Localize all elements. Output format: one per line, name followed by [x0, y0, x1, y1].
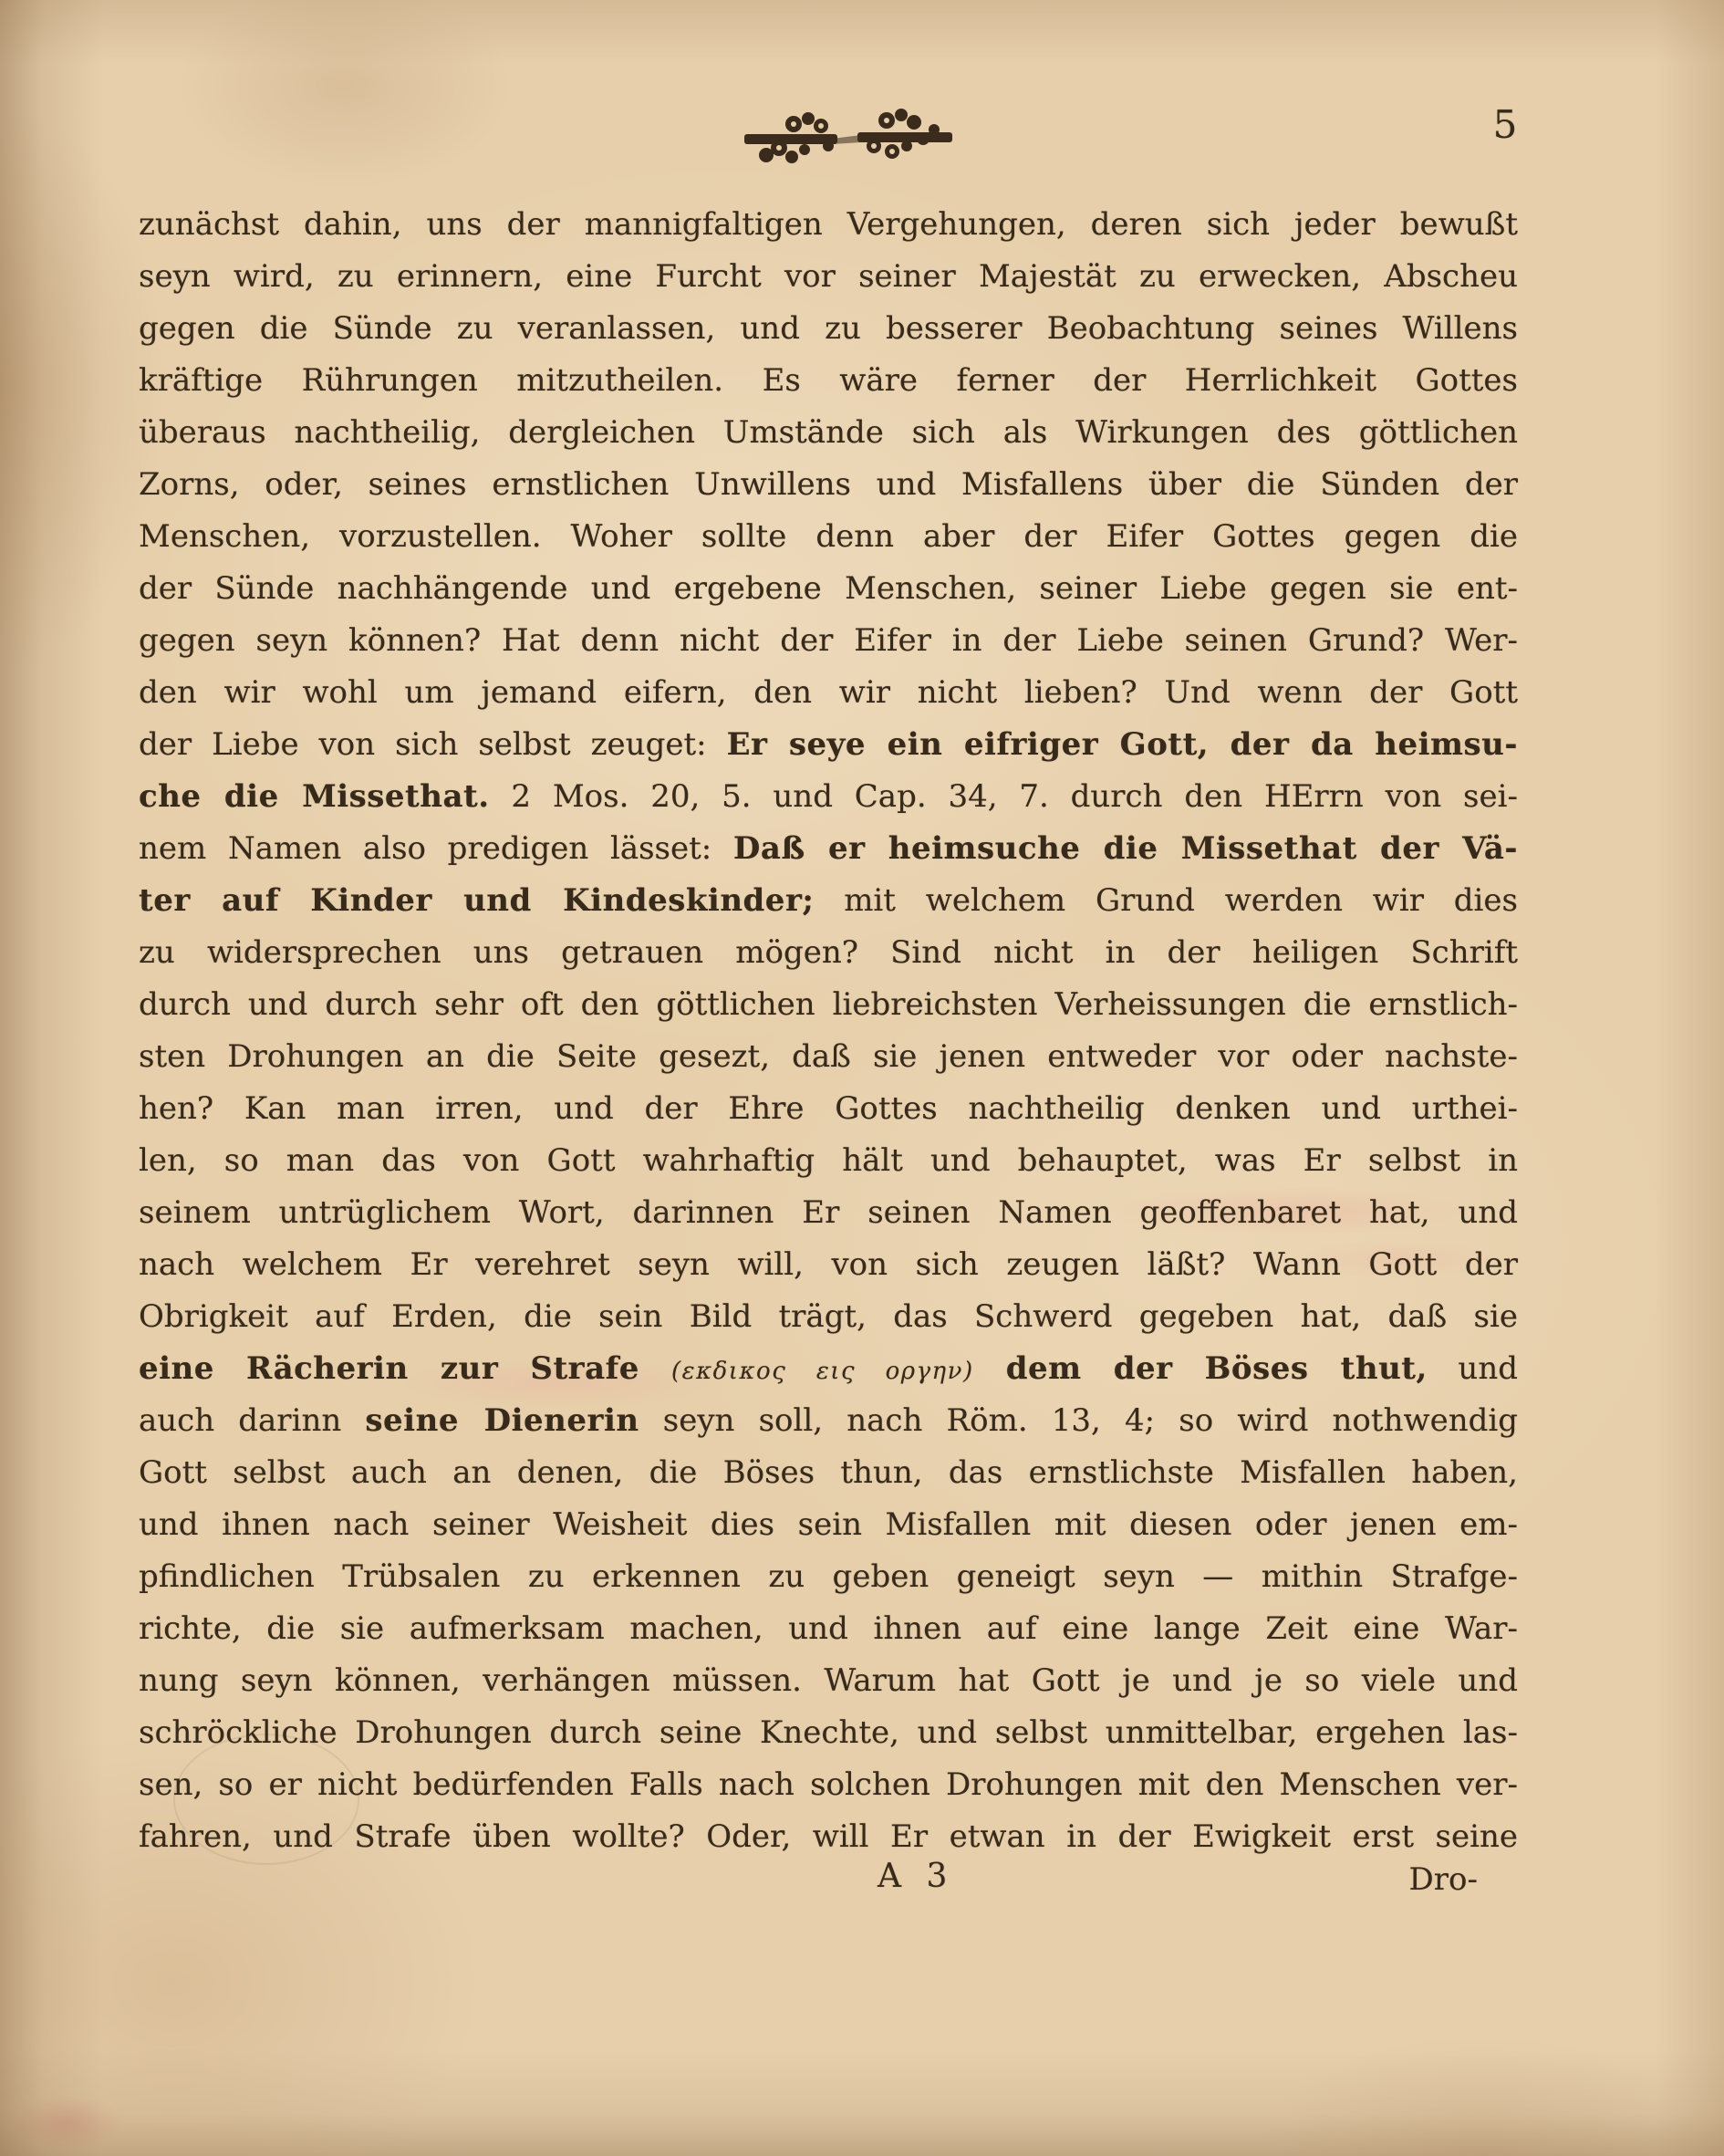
emphasized-text: Daß er heimsuche die Missethat der Vä- [733, 830, 1518, 867]
text-line: Obrigkeit auf Erden, die sein Bild trägt… [139, 1291, 1518, 1343]
text-line: eine Rächerin zur Strafe (εκδικος εις ορ… [139, 1343, 1518, 1395]
body-text: mit welchem Grund werden wir dies [814, 882, 1518, 919]
body-text: überaus nachtheilig, dergleichen Umständ… [139, 414, 1518, 451]
body-text: sten Drohungen an die Seite gesezt, daß … [139, 1038, 1518, 1075]
text-line: der Liebe von sich selbst zeuget: Er sey… [139, 719, 1518, 771]
text-line: sen, so er nicht bedürfenden Falls nach … [139, 1759, 1518, 1811]
body-text: zu widersprechen uns getrauen mögen? Sin… [139, 934, 1518, 971]
text-line: Gott selbst auch an denen, die Böses thu… [139, 1447, 1518, 1499]
text-line: kräftige Rührungen mitzutheilen. Es wäre… [139, 355, 1518, 407]
text-line: Zorns, oder, seines ernstlichen Unwillen… [139, 459, 1518, 511]
body-text: nem Namen also predigen lässet: [139, 830, 733, 867]
text-line: seyn wird, zu erinnern, eine Furcht vor … [139, 251, 1518, 303]
body-text: nach welchem Er verehret seyn will, von … [139, 1246, 1518, 1283]
text-line: ter auf Kinder und Kindeskinder; mit wel… [139, 875, 1518, 927]
emphasized-text: ter auf Kinder und Kindeskinder; [139, 882, 814, 919]
text-block: zunächst dahin, uns der mannigfaltigen V… [139, 199, 1518, 1863]
body-text: auch darinn [139, 1402, 365, 1439]
emphasized-text: che die Missethat. [139, 778, 490, 815]
emphasized-text: eine Rächerin zur Strafe [139, 1350, 671, 1387]
text-line: hen? Kan man irren, und der Ehre Gottes … [139, 1083, 1518, 1135]
body-text: Obrigkeit auf Erden, die sein Bild trägt… [139, 1298, 1518, 1335]
text-line: nach welchem Er verehret seyn will, von … [139, 1239, 1518, 1291]
text-line: fahren, und Strafe üben wollte? Oder, wi… [139, 1811, 1518, 1863]
body-text: len, so man das von Gott wahrhaftig hält… [139, 1142, 1518, 1179]
text-line: und ihnen nach seiner Weisheit dies sein… [139, 1499, 1518, 1551]
text-line: gegen seyn können? Hat denn nicht der Ei… [139, 615, 1518, 667]
emphasized-text: Er seye ein eifriger Gott, der da heimsu… [727, 726, 1518, 763]
body-text: richte, die sie aufmerksam machen, und i… [139, 1610, 1518, 1647]
greek-citation: (εκδικος εις οργην) [671, 1358, 974, 1385]
body-text: pfindlichen Trübsalen zu erkennen zu geb… [139, 1558, 1518, 1595]
text-line: den wir wohl um jemand eifern, den wir n… [139, 667, 1518, 719]
body-text: fahren, und Strafe üben wollte? Oder, wi… [139, 1818, 1518, 1855]
text-line: zu widersprechen uns getrauen mögen? Sin… [139, 927, 1518, 979]
emphasized-text: dem der Böses thut, [974, 1350, 1428, 1387]
body-text: schröckliche Drohungen durch seine Knech… [139, 1714, 1518, 1751]
text-line: schröckliche Drohungen durch seine Knech… [139, 1707, 1518, 1759]
body-text: der Liebe von sich selbst zeuget: [139, 726, 727, 763]
text-line: pfindlichen Trübsalen zu erkennen zu geb… [139, 1551, 1518, 1603]
body-text: gegen die Sünde zu veranlassen, und zu b… [139, 310, 1518, 347]
text-line: che die Missethat. 2 Mos. 20, 5. und Cap… [139, 771, 1518, 823]
text-line: überaus nachtheilig, dergleichen Umständ… [139, 407, 1518, 459]
body-text: kräftige Rührungen mitzutheilen. Es wäre… [139, 362, 1518, 399]
body-text: Menschen, vorzustellen. Woher sollte den… [139, 518, 1518, 555]
text-line: richte, die sie aufmerksam machen, und i… [139, 1603, 1518, 1655]
body-text: und [1428, 1350, 1518, 1387]
body-text: nung seyn können, verhängen müssen. Waru… [139, 1662, 1518, 1699]
body-text: seyn soll, nach Röm. 13, 4; so wird noth… [639, 1402, 1518, 1439]
text-line: nung seyn können, verhängen müssen. Waru… [139, 1655, 1518, 1707]
text-line: auch darinn seine Dienerin seyn soll, na… [139, 1395, 1518, 1447]
body-text: seinem untrüglichem Wort, darinnen Er se… [139, 1194, 1518, 1231]
header-ornament-icon [741, 106, 956, 170]
body-text: 2 Mos. 20, 5. und Cap. 34, 7. durch den … [490, 778, 1518, 815]
text-line: seinem untrüglichem Wort, darinnen Er se… [139, 1187, 1518, 1239]
text-line: sten Drohungen an die Seite gesezt, daß … [139, 1031, 1518, 1083]
text-line: gegen die Sünde zu veranlassen, und zu b… [139, 303, 1518, 355]
body-text: gegen seyn können? Hat denn nicht der Ei… [139, 622, 1518, 659]
body-text: und ihnen nach seiner Weisheit dies sein… [139, 1506, 1518, 1543]
body-text: Zorns, oder, seines ernstlichen Unwillen… [139, 466, 1518, 503]
text-line: nem Namen also predigen lässet: Daß er h… [139, 823, 1518, 875]
body-text: der Sünde nachhängende und ergebene Mens… [139, 570, 1518, 607]
signature-mark: A 3 [878, 1858, 954, 1895]
text-line: durch und durch sehr oft den göttlichen … [139, 979, 1518, 1031]
body-text: durch und durch sehr oft den göttlichen … [139, 986, 1518, 1023]
body-text: zunächst dahin, uns der mannigfaltigen V… [139, 206, 1518, 243]
text-line: zunächst dahin, uns der mannigfaltigen V… [139, 199, 1518, 251]
text-line: der Sünde nachhängende und ergebene Mens… [139, 563, 1518, 615]
page-scan: 5 zunächst dahin, uns der mannigfaltigen… [0, 0, 1724, 2156]
page-number: 5 [1483, 102, 1527, 147]
body-text: sen, so er nicht bedürfenden Falls nach … [139, 1766, 1518, 1803]
text-line: len, so man das von Gott wahrhaftig hält… [139, 1135, 1518, 1187]
ink-smudge-stain [0, 2089, 137, 2156]
catchword: Dro- [1409, 1861, 1478, 1898]
body-text: hen? Kan man irren, und der Ehre Gottes … [139, 1090, 1518, 1127]
body-text: seyn wird, zu erinnern, eine Furcht vor … [139, 258, 1518, 295]
text-line: Menschen, vorzustellen. Woher sollte den… [139, 511, 1518, 563]
body-text: den wir wohl um jemand eifern, den wir n… [139, 674, 1518, 711]
emphasized-text: seine Dienerin [365, 1402, 639, 1439]
body-text: Gott selbst auch an denen, die Böses thu… [139, 1454, 1518, 1491]
